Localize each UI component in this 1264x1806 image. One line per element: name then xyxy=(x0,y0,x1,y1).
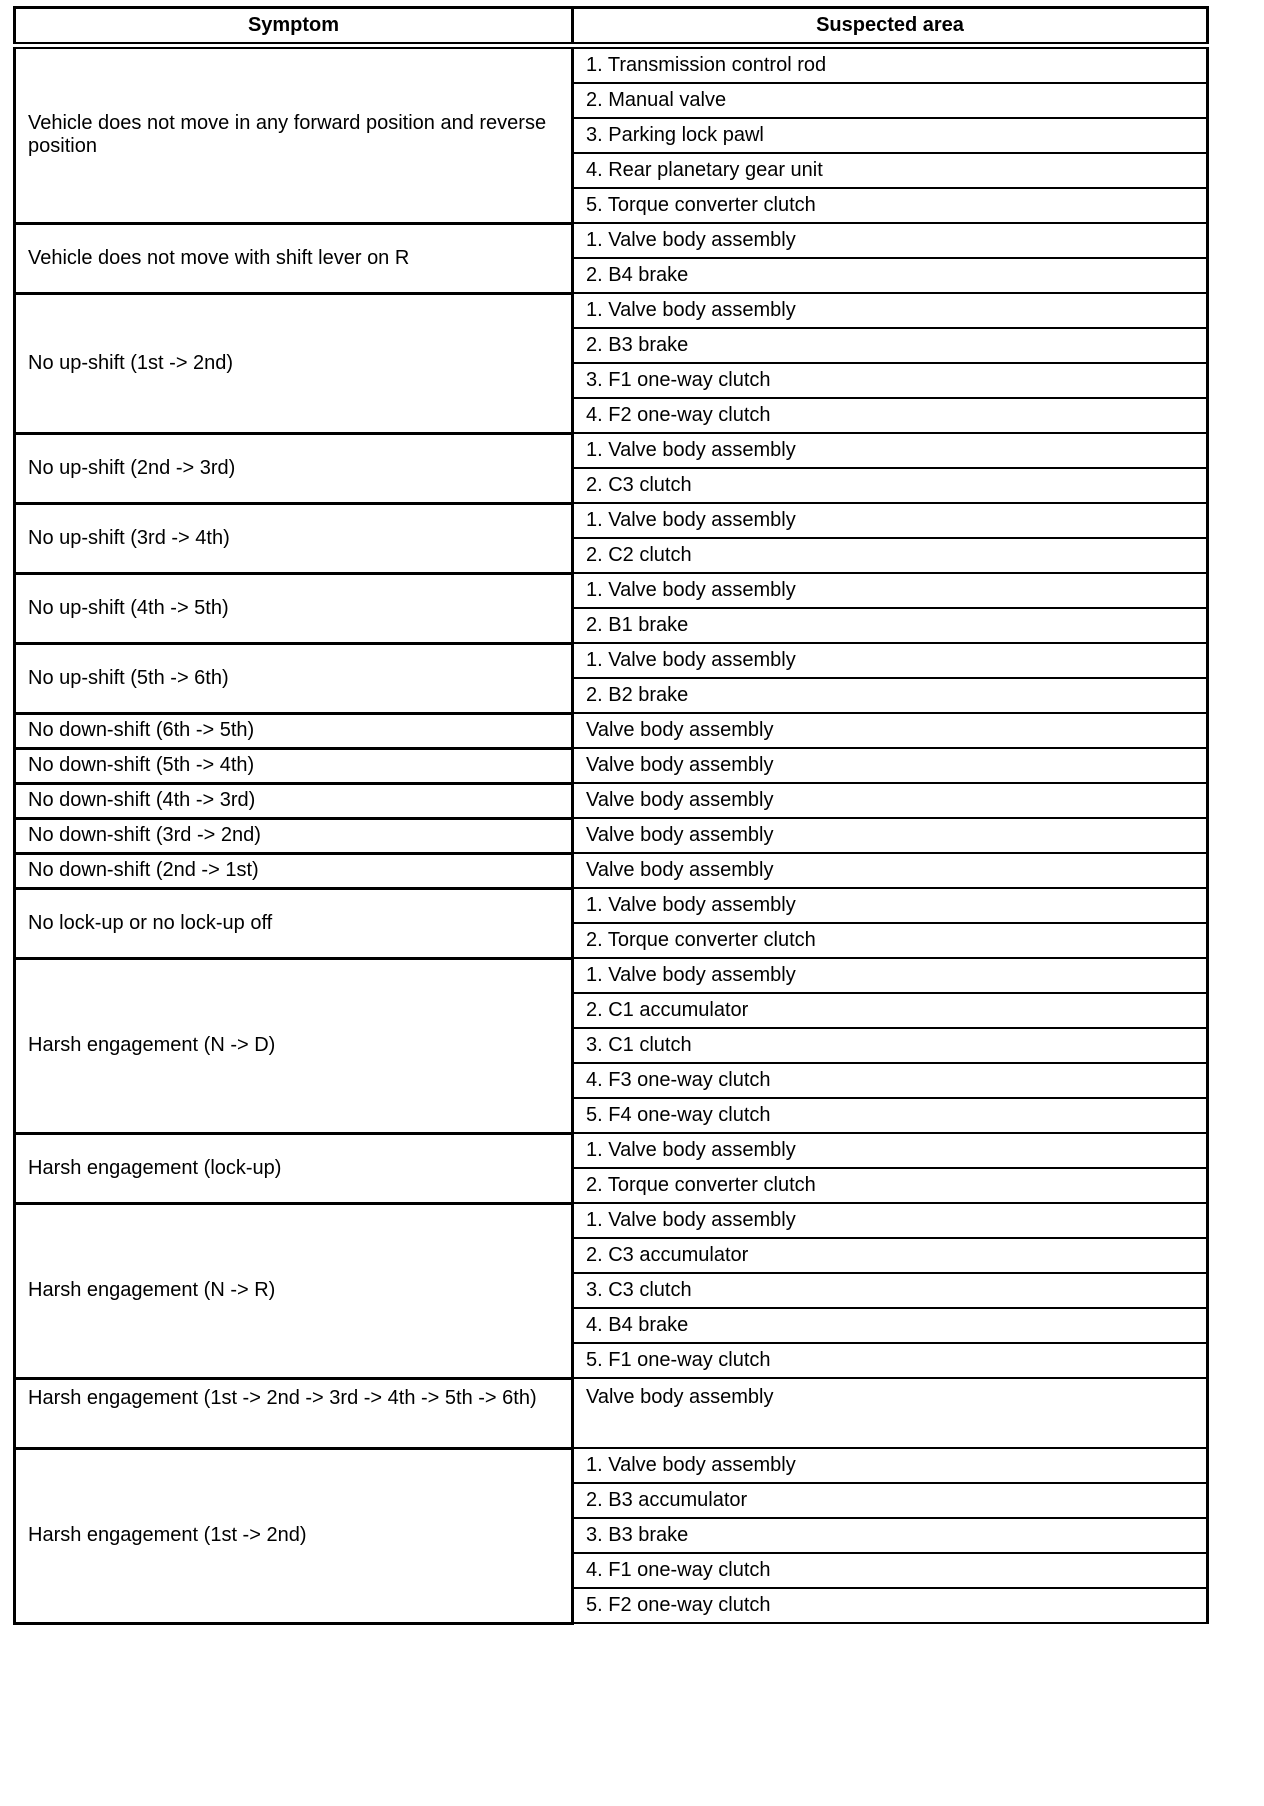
symptom-cell: Harsh engagement (1st -> 2nd) xyxy=(15,1448,573,1623)
suspected-area-cell: 1. Valve body assembly xyxy=(573,433,1208,468)
symptom-cell: No down-shift (4th -> 3rd) xyxy=(15,783,573,818)
header-suspected-area: Suspected area xyxy=(573,8,1208,46)
suspected-area-cell: Valve body assembly xyxy=(573,818,1208,853)
suspected-area-cell: 2. B3 brake xyxy=(573,328,1208,363)
table-row: No up-shift (1st -> 2nd)1. Valve body as… xyxy=(15,293,1208,328)
suspected-area-cell: 5. F1 one-way clutch xyxy=(573,1343,1208,1378)
suspected-area-cell: 2. B1 brake xyxy=(573,608,1208,643)
table-row: Harsh engagement (1st -> 2nd -> 3rd -> 4… xyxy=(15,1378,1208,1448)
suspected-area-cell: 2. C3 clutch xyxy=(573,468,1208,503)
suspected-area-cell: 2. C3 accumulator xyxy=(573,1238,1208,1273)
symptom-cell: No down-shift (6th -> 5th) xyxy=(15,713,573,748)
suspected-area-cell: 2. B2 brake xyxy=(573,678,1208,713)
suspected-area-cell: Valve body assembly xyxy=(573,783,1208,818)
suspected-area-cell: 5. F4 one-way clutch xyxy=(573,1098,1208,1133)
table-row: No down-shift (3rd -> 2nd)Valve body ass… xyxy=(15,818,1208,853)
suspected-area-cell: 2. Torque converter clutch xyxy=(573,1168,1208,1203)
suspected-area-cell: 2. C1 accumulator xyxy=(573,993,1208,1028)
symptom-cell: Harsh engagement (lock-up) xyxy=(15,1133,573,1203)
suspected-area-cell: 1. Valve body assembly xyxy=(573,958,1208,993)
suspected-area-cell: Valve body assembly xyxy=(573,748,1208,783)
suspected-area-cell: 1. Transmission control rod xyxy=(573,46,1208,84)
suspected-area-cell: 3. C3 clutch xyxy=(573,1273,1208,1308)
table-row: Harsh engagement (N -> D)1. Valve body a… xyxy=(15,958,1208,993)
symptom-cell: Harsh engagement (1st -> 2nd -> 3rd -> 4… xyxy=(15,1378,573,1448)
suspected-area-cell: 1. Valve body assembly xyxy=(573,1133,1208,1168)
table-row: No up-shift (4th -> 5th)1. Valve body as… xyxy=(15,573,1208,608)
suspected-area-cell: 3. F1 one-way clutch xyxy=(573,363,1208,398)
suspected-area-cell: 2. Manual valve xyxy=(573,83,1208,118)
suspected-area-cell: 5. Torque converter clutch xyxy=(573,188,1208,223)
suspected-area-cell: 4. F1 one-way clutch xyxy=(573,1553,1208,1588)
suspected-area-cell: 5. F2 one-way clutch xyxy=(573,1588,1208,1623)
suspected-area-cell: 1. Valve body assembly xyxy=(573,223,1208,258)
header-symptom: Symptom xyxy=(15,8,573,46)
symptom-cell: No up-shift (1st -> 2nd) xyxy=(15,293,573,433)
table-row: No lock-up or no lock-up off1. Valve bod… xyxy=(15,888,1208,923)
suspected-area-cell: 4. B4 brake xyxy=(573,1308,1208,1343)
suspected-area-cell: 1. Valve body assembly xyxy=(573,888,1208,923)
suspected-area-cell: 1. Valve body assembly xyxy=(573,293,1208,328)
table-row: No down-shift (4th -> 3rd)Valve body ass… xyxy=(15,783,1208,818)
suspected-area-cell: Valve body assembly xyxy=(573,853,1208,888)
symptom-cell: Vehicle does not move with shift lever o… xyxy=(15,223,573,293)
symptom-cell: No down-shift (5th -> 4th) xyxy=(15,748,573,783)
suspected-area-cell: 1. Valve body assembly xyxy=(573,1448,1208,1483)
suspected-area-cell: 1. Valve body assembly xyxy=(573,1203,1208,1238)
table-row: No down-shift (6th -> 5th)Valve body ass… xyxy=(15,713,1208,748)
symptom-table: Symptom Suspected area Vehicle does not … xyxy=(13,6,1209,1625)
table-row: Harsh engagement (1st -> 2nd)1. Valve bo… xyxy=(15,1448,1208,1483)
suspected-area-cell: 1. Valve body assembly xyxy=(573,573,1208,608)
symptom-cell: Vehicle does not move in any forward pos… xyxy=(15,46,573,224)
suspected-area-cell: 4. F3 one-way clutch xyxy=(573,1063,1208,1098)
table-row: Vehicle does not move in any forward pos… xyxy=(15,46,1208,84)
suspected-area-cell: 4. Rear planetary gear unit xyxy=(573,153,1208,188)
suspected-area-cell: 2. Torque converter clutch xyxy=(573,923,1208,958)
suspected-area-cell: 4. F2 one-way clutch xyxy=(573,398,1208,433)
table-row: Vehicle does not move with shift lever o… xyxy=(15,223,1208,258)
symptom-cell: Harsh engagement (N -> D) xyxy=(15,958,573,1133)
symptom-cell: No up-shift (2nd -> 3rd) xyxy=(15,433,573,503)
table-body: Vehicle does not move in any forward pos… xyxy=(15,46,1208,1624)
table-row: No down-shift (5th -> 4th)Valve body ass… xyxy=(15,748,1208,783)
symptom-cell: No up-shift (5th -> 6th) xyxy=(15,643,573,713)
suspected-area-cell: 2. B4 brake xyxy=(573,258,1208,293)
symptom-cell: Harsh engagement (N -> R) xyxy=(15,1203,573,1378)
symptom-cell: No up-shift (4th -> 5th) xyxy=(15,573,573,643)
table-row: No down-shift (2nd -> 1st)Valve body ass… xyxy=(15,853,1208,888)
table-row: No up-shift (5th -> 6th)1. Valve body as… xyxy=(15,643,1208,678)
symptom-cell: No up-shift (3rd -> 4th) xyxy=(15,503,573,573)
suspected-area-cell: Valve body assembly xyxy=(573,1378,1208,1448)
suspected-area-cell: 3. B3 brake xyxy=(573,1518,1208,1553)
suspected-area-cell: 1. Valve body assembly xyxy=(573,643,1208,678)
table-row: Harsh engagement (N -> R)1. Valve body a… xyxy=(15,1203,1208,1238)
suspected-area-cell: 3. C1 clutch xyxy=(573,1028,1208,1063)
suspected-area-cell: 3. Parking lock pawl xyxy=(573,118,1208,153)
table-row: Harsh engagement (lock-up)1. Valve body … xyxy=(15,1133,1208,1168)
suspected-area-cell: Valve body assembly xyxy=(573,713,1208,748)
table-row: No up-shift (2nd -> 3rd)1. Valve body as… xyxy=(15,433,1208,468)
suspected-area-cell: 1. Valve body assembly xyxy=(573,503,1208,538)
table-header-row: Symptom Suspected area xyxy=(15,8,1208,46)
suspected-area-cell: 2. C2 clutch xyxy=(573,538,1208,573)
table-row: No up-shift (3rd -> 4th)1. Valve body as… xyxy=(15,503,1208,538)
symptom-cell: No down-shift (3rd -> 2nd) xyxy=(15,818,573,853)
symptom-cell: No down-shift (2nd -> 1st) xyxy=(15,853,573,888)
suspected-area-cell: 2. B3 accumulator xyxy=(573,1483,1208,1518)
symptom-cell: No lock-up or no lock-up off xyxy=(15,888,573,958)
